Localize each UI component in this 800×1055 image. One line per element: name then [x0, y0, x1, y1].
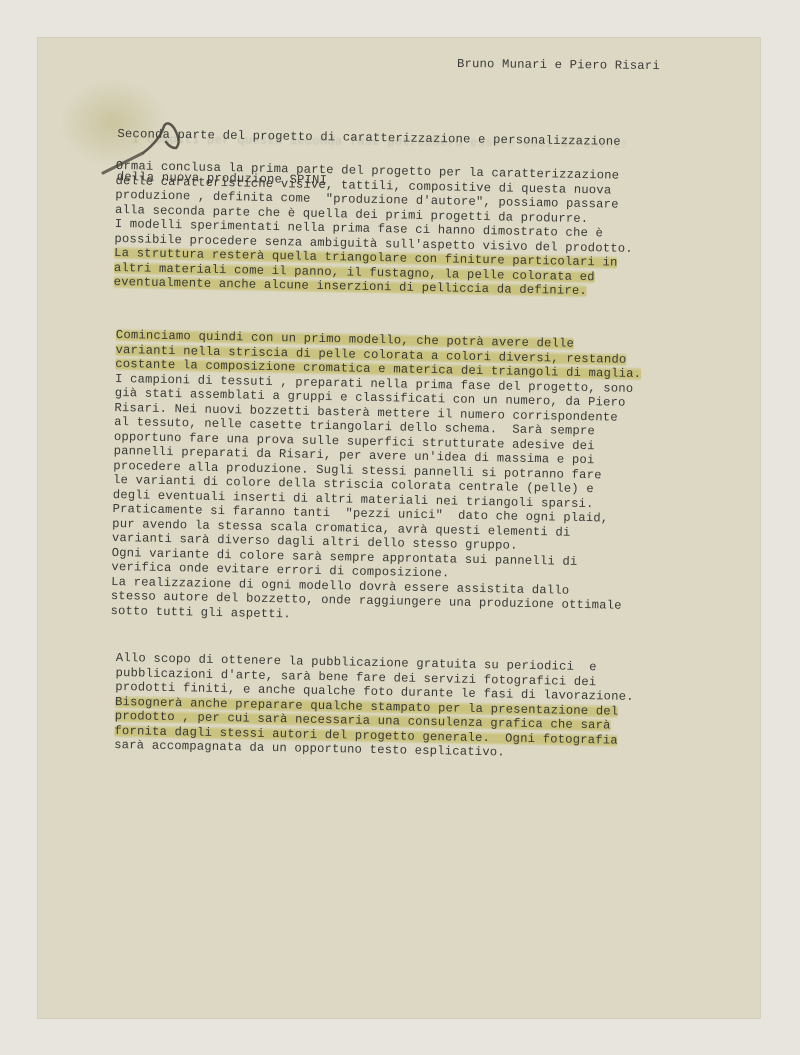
line-text: sotto tutti gli aspetti. [110, 603, 291, 620]
paragraph-1: Ormai conclusa la prima parte del proget… [113, 159, 634, 299]
author-line: Bruno Munari e Piero Risari [457, 57, 660, 73]
paragraph-2: Cominciamo quindi con un primo modello, … [110, 328, 641, 628]
paragraph-3: Allo scopo di ottenere la pubblicazione … [114, 651, 634, 762]
